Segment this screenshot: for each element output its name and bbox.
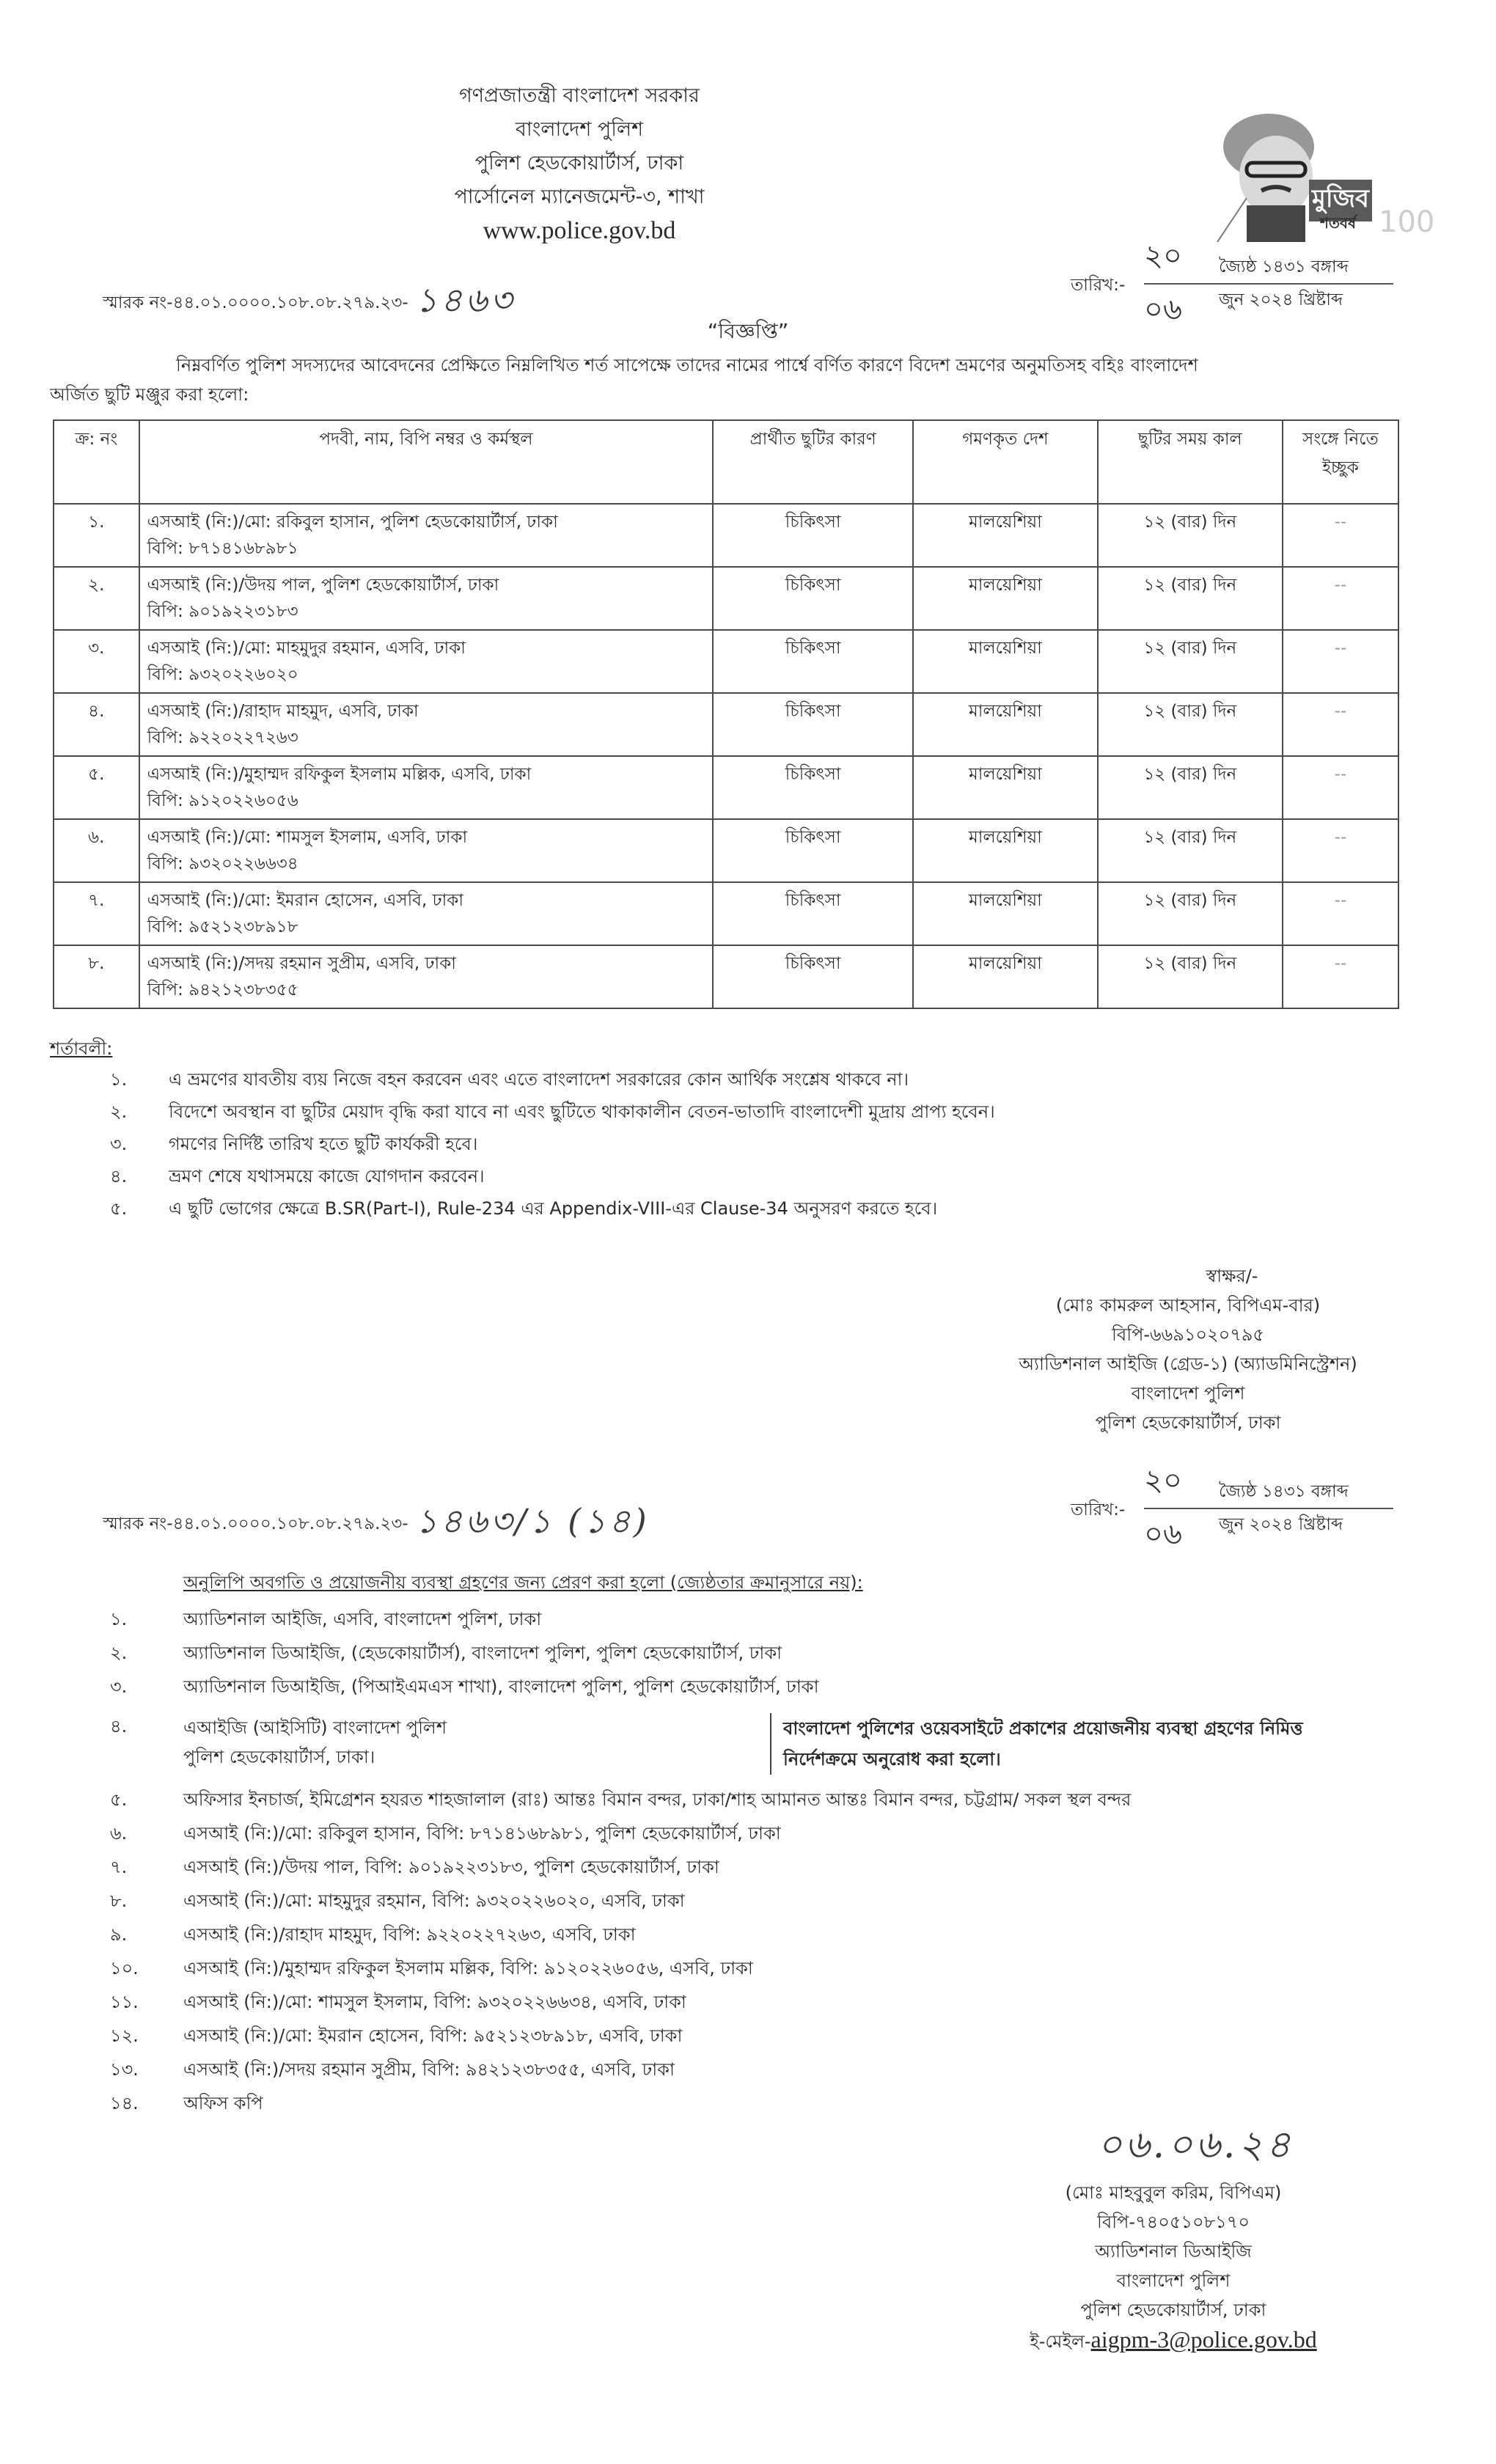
cell-name: এসআই (নি:)/মো: মাহমুদুর রহমান, এসবি, ঢাক…: [139, 630, 714, 693]
cell-duration: ১২ (বার) দিন: [1098, 630, 1283, 693]
member-name: এসআই (নি:)/সদয় রহমান সুপ্রীম, এসবি, ঢাক…: [147, 950, 705, 977]
notice-intro-cont: অর্জিত ছুটি মঞ্জুর করা হলো:: [50, 381, 249, 411]
copy-text: এসআই (নি:)/মুহাম্মদ রফিকুল ইসলাম মল্লিক,…: [183, 1955, 753, 1984]
term-text: এ ছুটি ভোগের ক্ষেত্রে B.SR(Part-I), Rule…: [169, 1195, 937, 1225]
cell-companion: --: [1283, 693, 1398, 756]
cell-country: মালয়েশিয়া: [913, 693, 1098, 756]
copy-text: এসআই (নি:)/সদয় রহমান সুপ্রীম, বিপি: ৯৪২…: [183, 2056, 675, 2086]
term-item: ৫.এ ছুটি ভোগের ক্ষেত্রে B.SR(Part-I), Ru…: [110, 1194, 1430, 1226]
cell-reason: চিকিৎসা: [713, 693, 913, 756]
date-en-month-year: জুন ২০২৪ খ্রিষ্টাব্দ: [1219, 1511, 1343, 1539]
copy-number: ৭.: [110, 1854, 183, 1883]
letterhead: গণপ্রজাতন্ত্রী বাংলাদেশ সরকার বাংলাদেশ প…: [0, 79, 1159, 248]
copy-text-line1: এআইজি (আইসিটি) বাংলাদেশ পুলিশ: [183, 1713, 770, 1742]
member-name: এসআই (নি:)/মুহাম্মদ রফিকুল ইসলাম মল্লিক,…: [147, 761, 705, 788]
term-text: এ ভ্রমণের যাবতীয় ব্যয় নিজে বহন করবেন এ…: [169, 1066, 909, 1096]
cell-duration: ১২ (বার) দিন: [1098, 504, 1283, 567]
table-row: ১.এসআই (নি:)/মো: রকিবুল হাসান, পুলিশ হেড…: [54, 504, 1398, 567]
copy-number: ১.: [110, 1606, 183, 1635]
signatory-email: ই-মেইল-aigpm-3@police.gov.bd: [968, 2325, 1379, 2356]
copy-number: ১০.: [110, 1955, 183, 1984]
copy-number: ৫.: [110, 1786, 183, 1816]
cell-reason: চিকিৎসা: [713, 945, 913, 1008]
date-day-en: ০৬: [1144, 1511, 1203, 1560]
cell-serial: ৫.: [54, 756, 139, 819]
cell-name: এসআই (নি:)/উদয় পাল, পুলিশ হেডকোয়ার্টার…: [139, 567, 714, 630]
date-bn-month-year: জ্যৈষ্ঠ ১৪৩১ বঙ্গাব্দ: [1219, 253, 1349, 282]
leave-table: ক্র: নং পদবী, নাম, বিপি নম্বর ও কর্মস্থল…: [53, 419, 1399, 1009]
copy-item: ৮.এসআই (নি:)/মো: মাহমুদুর রহমান, বিপি: ৯…: [110, 1888, 1474, 1921]
mujib-borsho-logo: মুজিব শতবর্ষ 100: [1203, 95, 1430, 242]
copy-item: ১২.এসআই (নি:)/মো: ইমরান হোসেন, বিপি: ৯৫২…: [110, 2023, 1474, 2056]
signatory-bp: বিপি-৬৬৯১০২০৭৯৫: [946, 1320, 1430, 1349]
date-divider: [1144, 283, 1393, 285]
copy-item: ৬.এসআই (নি:)/মো: রকিবুল হাসান, বিপি: ৮৭১…: [110, 1820, 1474, 1854]
email-link[interactable]: aigpm-3@police.gov.bd: [1091, 2326, 1317, 2353]
cell-duration: ১২ (বার) দিন: [1098, 945, 1283, 1008]
table-row: ৬.এসআই (নি:)/মো: শামসুল ইসলাম, এসবি, ঢাক…: [54, 819, 1398, 882]
table-row: ৪.এসআই (নি:)/রাহাদ মাহমুদ, এসবি, ঢাকাবিপ…: [54, 693, 1398, 756]
term-number: ২.: [110, 1099, 169, 1128]
copy-number: ২.: [110, 1640, 183, 1669]
email-label: ই-মেইল-: [1030, 2331, 1090, 2352]
cell-name: এসআই (নি:)/সদয় রহমান সুপ্রীম, এসবি, ঢাক…: [139, 945, 714, 1008]
copy-number: ৯.: [110, 1921, 183, 1951]
notice-title: “বিজ্ঞপ্তি”: [0, 315, 1496, 350]
term-item: ২.বিদেশে অবস্থান বা ছুটির মেয়াদ বৃদ্ধি …: [110, 1097, 1430, 1129]
date-block-2: তারিখ:- ২০জ্যৈষ্ঠ ১৪৩১ বঙ্গাব্দ ০৬জুন ২০…: [1071, 1474, 1408, 1547]
member-bp: বিপি: ৯১২০২২৬০৫৬: [147, 788, 705, 814]
copy-item: ২.অ্যাডিশনাল ডিআইজি, (হেডকোয়ার্টার্স), …: [110, 1640, 1474, 1673]
member-name: এসআই (নি:)/উদয় পাল, পুলিশ হেডকোয়ার্টার…: [147, 572, 705, 598]
term-item: ১.এ ভ্রমণের যাবতীয় ব্যয় নিজে বহন করবেন…: [110, 1065, 1430, 1097]
memo-handwritten-number: ১৪৬৩/১ (১৪): [416, 1496, 650, 1552]
logo-text-sub: শতবর্ষ: [1320, 213, 1356, 237]
member-name: এসআই (নি:)/মো: রকিবুল হাসান, পুলিশ হেডকো…: [147, 509, 705, 535]
copy-item: ৪.এআইজি (আইসিটি) বাংলাদেশ পুলিশপুলিশ হেড…: [110, 1713, 1474, 1775]
member-bp: বিপি: ৯২২০২২৭২৬৩: [147, 725, 705, 751]
copy-item: ৯.এসআই (নি:)/রাহাদ মাহমুদ, বিপি: ৯২২০২২৭…: [110, 1921, 1474, 1955]
date-label: তারিখ:-: [1071, 271, 1125, 300]
cell-reason: চিকিৎসা: [713, 567, 913, 630]
term-number: ৫.: [110, 1195, 169, 1225]
term-item: ৪.ভ্রমণ শেষে যথাসময়ে কাজে যোগদান করবেন।: [110, 1162, 1430, 1194]
signatory-designation: অ্যাডিশনাল ডিআইজি: [968, 2237, 1379, 2266]
copy-number: ১৩.: [110, 2056, 183, 2086]
cell-reason: চিকিৎসা: [713, 819, 913, 882]
copy-item: ৭.এসআই (নি:)/উদয় পাল, বিপি: ৯০১৯২২৩১৮৩,…: [110, 1854, 1474, 1888]
copies-heading: অনুলিপি অবগতি ও প্রয়োজনীয় ব্যবস্থা গ্র…: [183, 1569, 863, 1599]
copy-number: ৮.: [110, 1888, 183, 1917]
signatory-office: পুলিশ হেডকোয়ার্টার্স, ঢাকা: [968, 2295, 1379, 2325]
cell-reason: চিকিৎসা: [713, 756, 913, 819]
memo-number-2: স্মারক নং-৪৪.০১.০০০০.১০৮.০৮.২৭৯.২৩- ১৪৬৩…: [103, 1496, 650, 1552]
cell-country: মালয়েশিয়া: [913, 756, 1098, 819]
date-label: তারিখ:-: [1071, 1496, 1125, 1525]
cell-companion: --: [1283, 567, 1398, 630]
dept-name: বাংলাদেশ পুলিশ: [0, 113, 1159, 147]
cell-serial: ২.: [54, 567, 139, 630]
copies-list: ১.অ্যাডিশনাল আইজি, এসবি, বাংলাদেশ পুলিশ,…: [110, 1606, 1474, 2124]
signatory-designation: অ্যাডিশনাল আইজি (গ্রেড-১) (অ্যাডমিনিস্ট্…: [946, 1349, 1430, 1379]
copy-number: ১২.: [110, 2023, 183, 2052]
cell-companion: --: [1283, 630, 1398, 693]
cell-companion: --: [1283, 945, 1398, 1008]
cell-serial: ৭.: [54, 882, 139, 945]
signature-block-2: ০৬.০৬.২৪ (মোঃ মাহবুবুল করিম, বিপিএম) বিপ…: [968, 2112, 1379, 2356]
signatory-dept: বাংলাদেশ পুলিশ: [946, 1379, 1430, 1408]
member-name: এসআই (নি:)/মো: শামসুল ইসলাম, এসবি, ঢাকা: [147, 824, 705, 851]
term-number: ৪.: [110, 1163, 169, 1192]
copy-number: ৪.: [110, 1713, 183, 1742]
col-name: পদবী, নাম, বিপি নম্বর ও কর্মস্থল: [139, 420, 714, 504]
col-reason: প্রার্থীত ছুটির কারণ: [713, 420, 913, 504]
handwritten-sign-date: ০৬.০৬.২৪: [968, 2112, 1379, 2178]
copy-number: ১১.: [110, 1989, 183, 2018]
copy-text: এসআই (নি:)/রাহাদ মাহমুদ, বিপি: ৯২২০২২৭২৬…: [183, 1921, 636, 1951]
cell-name: এসআই (নি:)/মো: ইমরান হোসেন, এসবি, ঢাকাবি…: [139, 882, 714, 945]
copy-text: অ্যাডিশনাল আইজি, এসবি, বাংলাদেশ পুলিশ, ঢ…: [183, 1606, 541, 1635]
term-number: ৩.: [110, 1131, 169, 1160]
cell-serial: ৮.: [54, 945, 139, 1008]
copy-text: অফিস কপি: [183, 2090, 263, 2119]
website-link[interactable]: www.police.gov.bd: [0, 214, 1159, 248]
cell-serial: ৪.: [54, 693, 139, 756]
copy-item: ১০.এসআই (নি:)/মুহাম্মদ রফিকুল ইসলাম মল্ল…: [110, 1955, 1474, 1989]
date-block-1: তারিখ:- ২০জ্যৈষ্ঠ ১৪৩১ বঙ্গাব্দ ০৬জুন ২০…: [1071, 249, 1408, 323]
date-day-bn: ২০: [1144, 232, 1203, 282]
date-en-month-year: জুন ২০২৪ খ্রিষ্টাব্দ: [1219, 286, 1343, 315]
copy-text: অফিসার ইনচার্জ, ইমিগ্রেশন হযরত শাহজালাল …: [183, 1786, 1131, 1816]
memo-label: স্মারক নং-৪৪.০১.০০০০.১০৮.০৮.২৭৯.২৩-: [103, 1510, 408, 1539]
term-text: বিদেশে অবস্থান বা ছুটির মেয়াদ বৃদ্ধি কর…: [169, 1099, 995, 1128]
copy-text: অ্যাডিশনাল ডিআইজি, (পিআইএমএস শাখা), বাংল…: [183, 1673, 819, 1703]
table-header-row: ক্র: নং পদবী, নাম, বিপি নম্বর ও কর্মস্থল…: [54, 420, 1398, 504]
term-item: ৩.গমণের নির্দিষ্ট তারিখ হতে ছুটি কার্যকর…: [110, 1129, 1430, 1162]
copy-text: এসআই (নি:)/মো: রকিবুল হাসান, বিপি: ৮৭১৪১…: [183, 1820, 781, 1849]
signatory-dept: বাংলাদেশ পুলিশ: [968, 2266, 1379, 2295]
date-divider: [1144, 1508, 1393, 1509]
cell-duration: ১২ (বার) দিন: [1098, 756, 1283, 819]
cell-duration: ১২ (বার) দিন: [1098, 567, 1283, 630]
copy-item: ১.অ্যাডিশনাল আইজি, এসবি, বাংলাদেশ পুলিশ,…: [110, 1606, 1474, 1640]
term-text: ভ্রমণ শেষে যথাসময়ে কাজে যোগদান করবেন।: [169, 1163, 485, 1192]
cell-companion: --: [1283, 819, 1398, 882]
signatory-bp: বিপি-৭৪০৫১০৮১৭০: [968, 2207, 1379, 2237]
cell-name: এসআই (নি:)/রাহাদ মাহমুদ, এসবি, ঢাকাবিপি:…: [139, 693, 714, 756]
cell-companion: --: [1283, 504, 1398, 567]
member-bp: বিপি: ৯৩২০২২৬০২০: [147, 661, 705, 688]
terms-list: ১.এ ভ্রমণের যাবতীয় ব্যয় নিজে বহন করবেন…: [110, 1065, 1430, 1226]
copy-text: এসআই (নি:)/উদয় পাল, বিপি: ৯০১৯২২৩১৮৩, প…: [183, 1854, 719, 1883]
cell-name: এসআই (নি:)/মো: রকিবুল হাসান, পুলিশ হেডকো…: [139, 504, 714, 567]
term-number: ১.: [110, 1066, 169, 1096]
table-row: ৫.এসআই (নি:)/মুহাম্মদ রফিকুল ইসলাম মল্লি…: [54, 756, 1398, 819]
cell-serial: ১.: [54, 504, 139, 567]
copy-text: অ্যাডিশনাল ডিআইজি, (হেডকোয়ার্টার্স), বা…: [183, 1640, 782, 1669]
member-bp: বিপি: ৮৭১৪১৬৮৯৮১: [147, 535, 705, 562]
signatory-office: পুলিশ হেডকোয়ার্টার্স, ঢাকা: [946, 1408, 1430, 1437]
cell-companion: --: [1283, 882, 1398, 945]
cell-name: এসআই (নি:)/মুহাম্মদ রফিকুল ইসলাম মল্লিক,…: [139, 756, 714, 819]
col-serial: ক্র: নং: [54, 420, 139, 504]
cell-reason: চিকিৎসা: [713, 882, 913, 945]
table-row: ৭.এসআই (নি:)/মো: ইমরান হোসেন, এসবি, ঢাকা…: [54, 882, 1398, 945]
member-bp: বিপি: ৯০১৯২২৩১৮৩: [147, 598, 705, 625]
copy-item: ৩.অ্যাডিশনাল ডিআইজি, (পিআইএমএস শাখা), বা…: [110, 1673, 1474, 1707]
terms-heading: শর্তাবলী:: [50, 1035, 112, 1065]
cell-serial: ৩.: [54, 630, 139, 693]
cell-duration: ১২ (বার) দিন: [1098, 693, 1283, 756]
copy-text: এসআই (নি:)/মো: ইমরান হোসেন, বিপি: ৯৫২১২৩…: [183, 2023, 682, 2052]
copy-number: ৬.: [110, 1820, 183, 1849]
col-duration: ছুটির সময় কাল: [1098, 420, 1283, 504]
col-companion: সংঙ্গে নিতে ইচ্ছুক: [1283, 420, 1398, 504]
office-name: পুলিশ হেডকোয়ার্টার্স, ঢাকা: [0, 147, 1159, 180]
cell-country: মালয়েশিয়া: [913, 945, 1098, 1008]
copy-note: বাংলাদেশ পুলিশের ওয়েবসাইটে প্রকাশের প্র…: [770, 1713, 1341, 1775]
col-country: গমণকৃত দেশ: [913, 420, 1098, 504]
copy-number: ১৪.: [110, 2090, 183, 2119]
member-bp: বিপি: ৯৫২১২৩৮৯১৮: [147, 914, 705, 940]
term-text: গমণের নির্দিষ্ট তারিখ হতে ছুটি কার্যকরী …: [169, 1131, 477, 1160]
table-row: ৩.এসআই (নি:)/মো: মাহমুদুর রহমান, এসবি, ঢ…: [54, 630, 1398, 693]
signature-block-1: স্বাক্ষর/- (মোঃ কামরুল আহসান, বিপিএম-বার…: [946, 1261, 1430, 1437]
signatory-name: (মোঃ কামরুল আহসান, বিপিএম-বার): [946, 1291, 1430, 1320]
logo-text-num: 100: [1379, 205, 1434, 239]
cell-country: মালয়েশিয়া: [913, 567, 1098, 630]
cell-reason: চিকিৎসা: [713, 630, 913, 693]
member-name: এসআই (নি:)/মো: মাহমুদুর রহমান, এসবি, ঢাক…: [147, 635, 705, 661]
cell-country: মালয়েশিয়া: [913, 882, 1098, 945]
date-bn-month-year: জ্যৈষ্ঠ ১৪৩১ বঙ্গাব্দ: [1219, 1478, 1349, 1506]
copy-text-line2: পুলিশ হেডকোয়ার্টার্স, ঢাকা।: [183, 1742, 770, 1772]
signed-mark: স্বাক্ষর/-: [946, 1261, 1430, 1291]
cell-name: এসআই (নি:)/মো: শামসুল ইসলাম, এসবি, ঢাকাব…: [139, 819, 714, 882]
branch-name: পার্সোনেল ম্যানেজমেন্ট-৩, শাখা: [0, 180, 1159, 214]
memo-label: স্মারক নং-৪৪.০১.০০০০.১০৮.০৮.২৭৯.২৩-: [103, 289, 408, 318]
date-day-bn: ২০: [1144, 1457, 1203, 1506]
cell-duration: ১২ (বার) দিন: [1098, 882, 1283, 945]
notice-intro: নিম্নবর্ণিত পুলিশ সদস্যদের আবেদনের প্রেক…: [176, 352, 1198, 381]
cell-reason: চিকিৎসা: [713, 504, 913, 567]
table-row: ৮.এসআই (নি:)/সদয় রহমান সুপ্রীম, এসবি, ঢ…: [54, 945, 1398, 1008]
copy-item: ৫.অফিসার ইনচার্জ, ইমিগ্রেশন হযরত শাহজালা…: [110, 1786, 1474, 1820]
copy-text: এসআই (নি:)/মো: মাহমুদুর রহমান, বিপি: ৯৩২…: [183, 1888, 685, 1917]
cell-serial: ৬.: [54, 819, 139, 882]
cell-country: মালয়েশিয়া: [913, 630, 1098, 693]
govt-name: গণপ্রজাতন্ত্রী বাংলাদেশ সরকার: [0, 79, 1159, 113]
copy-item: ১৩.এসআই (নি:)/সদয় রহমান সুপ্রীম, বিপি: …: [110, 2056, 1474, 2090]
cell-country: মালয়েশিয়া: [913, 504, 1098, 567]
signatory-name: (মোঃ মাহবুবুল করিম, বিপিএম): [968, 2178, 1379, 2207]
copy-text: এসআই (নি:)/মো: শামসুল ইসলাম, বিপি: ৯৩২০২…: [183, 1989, 686, 2018]
member-name: এসআই (নি:)/মো: ইমরান হোসেন, এসবি, ঢাকা: [147, 887, 705, 914]
member-name: এসআই (নি:)/রাহাদ মাহমুদ, এসবি, ঢাকা: [147, 698, 705, 725]
table-row: ২.এসআই (নি:)/উদয় পাল, পুলিশ হেডকোয়ার্ট…: [54, 567, 1398, 630]
cell-country: মালয়েশিয়া: [913, 819, 1098, 882]
copy-number: ৩.: [110, 1673, 183, 1703]
cell-duration: ১২ (বার) দিন: [1098, 819, 1283, 882]
cell-companion: --: [1283, 756, 1398, 819]
copy-item: ১১.এসআই (নি:)/মো: শামসুল ইসলাম, বিপি: ৯৩…: [110, 1989, 1474, 2023]
member-bp: বিপি: ৯৪২১২৩৮৩৫৫: [147, 977, 705, 1003]
member-bp: বিপি: ৯৩২০২২৬৬৩৪: [147, 851, 705, 877]
